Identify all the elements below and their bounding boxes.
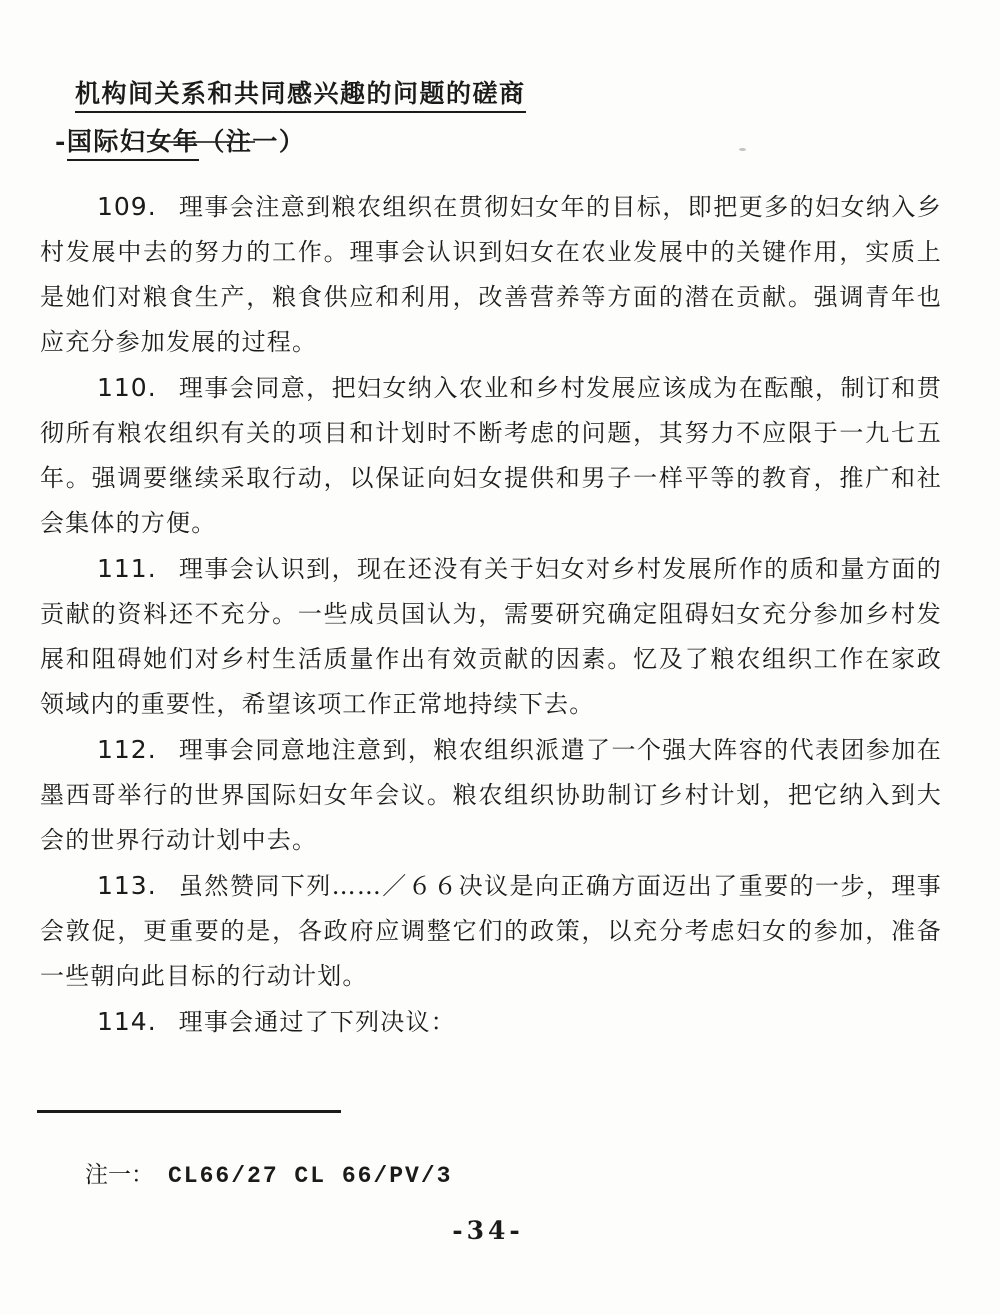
footnote-separator: [37, 1110, 341, 1113]
heading-title-text: 机构间关系和共同感兴趣的问题的磋商: [75, 79, 526, 113]
paragraph-112: 112.理事会同意地注意到，粮农组织派遣了一个强大阵容的代表团参加在墨西哥举行的…: [40, 727, 942, 863]
footnote-label: 注一：: [85, 1162, 154, 1188]
paragraph-number: 110.: [97, 373, 157, 402]
footnote: 注一：CL66/27 CL 66/PV/3: [85, 1156, 452, 1189]
heading-subtitle-underlined: 国际妇女年: [67, 127, 200, 161]
document-body: 109.理事会注意到粮农组织在贯彻妇女年的目标，即把更多的妇女纳入乡村发展中去的…: [40, 184, 942, 1045]
paragraph-number: 112.: [97, 735, 157, 764]
document-page: 机构间关系和共同感兴趣的问题的磋商 -国际妇女年（注一） 109.理事会注意到粮…: [0, 0, 1000, 1315]
paragraph-text: 理事会同意，把妇女纳入农业和乡村发展应该成为在酝酿，制订和贯彻所有粮农组织有关的…: [40, 374, 942, 537]
heading-subtitle-dash: -: [55, 127, 67, 156]
paragraph-number: 111.: [97, 554, 157, 583]
paragraph-111: 111.理事会认识到，现在还没有关于妇女对乡村发展所作的质和量方面的贡献的资料还…: [40, 546, 942, 727]
paragraph-number: 113.: [97, 871, 157, 900]
paragraph-text: 理事会通过了下列决议：: [179, 1008, 456, 1036]
scan-artifact-strike: [150, 141, 255, 143]
page-number: -34-: [0, 1216, 976, 1245]
paragraph-text: 理事会注意到粮农组织在贯彻妇女年的目标，即把更多的妇女纳入乡村发展中去的努力的工…: [40, 193, 942, 356]
paragraph-113: 113.虽然赞同下列……／６６决议是向正确方面迈出了重要的一步，理事会敦促，更重…: [40, 863, 942, 999]
paragraph-110: 110.理事会同意，把妇女纳入农业和乡村发展应该成为在酝酿，制订和贯彻所有粮农组…: [40, 365, 942, 546]
paragraph-number: 109.: [97, 192, 157, 221]
paragraph-text: 虽然赞同下列……／６６决议是向正确方面迈出了重要的一步，理事会敦促，更重要的是，…: [40, 872, 942, 990]
paragraph-114: 114.理事会通过了下列决议：: [40, 999, 942, 1045]
heading-title: 机构间关系和共同感兴趣的问题的磋商: [75, 70, 526, 118]
footnote-reference: CL66/27 CL 66/PV/3: [168, 1163, 452, 1189]
scan-speck: [739, 148, 746, 151]
paragraph-text: 理事会认识到，现在还没有关于妇女对乡村发展所作的质和量方面的贡献的资料还不充分。…: [40, 555, 942, 718]
heading: 机构间关系和共同感兴趣的问题的磋商 -国际妇女年（注一）: [55, 70, 526, 166]
paragraph-number: 114.: [97, 1007, 157, 1036]
paragraph-text: 理事会同意地注意到，粮农组织派遣了一个强大阵容的代表团参加在墨西哥举行的世界国际…: [40, 736, 942, 854]
paragraph-109: 109.理事会注意到粮农组织在贯彻妇女年的目标，即把更多的妇女纳入乡村发展中去的…: [40, 184, 942, 365]
heading-subtitle: -国际妇女年（注一）: [55, 118, 526, 166]
